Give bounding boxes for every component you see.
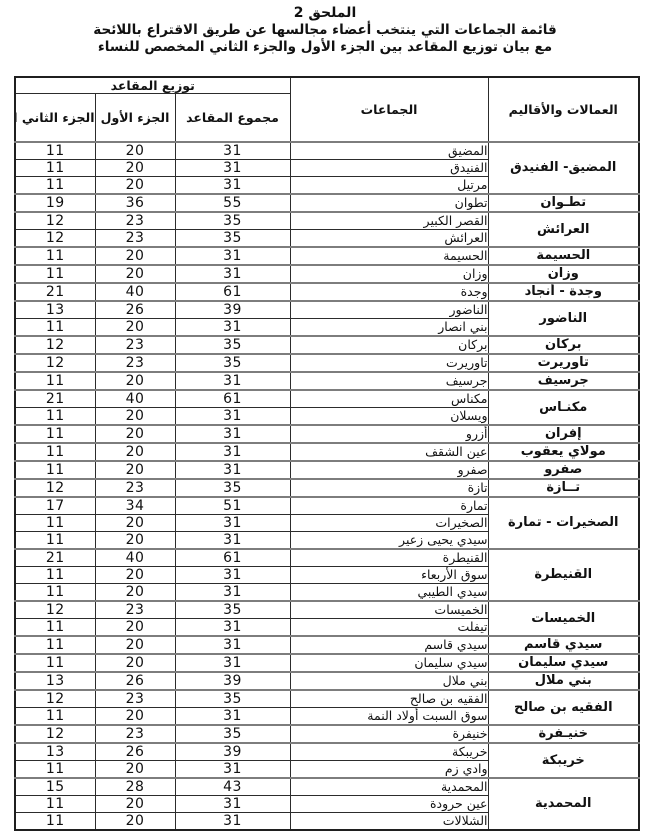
- table-row: تــازةتازة352312: [15, 479, 639, 497]
- commune-cell: تازة: [290, 479, 488, 497]
- part1-seats-cell: 26: [95, 743, 175, 761]
- total-seats-cell: 35: [175, 212, 290, 230]
- table-row: الحسيمةالحسيمة312011: [15, 247, 639, 265]
- commune-cell: الفقيه بن صالح: [290, 690, 488, 708]
- part1-seats-cell: 40: [95, 283, 175, 301]
- total-seats-cell: 31: [175, 443, 290, 461]
- part2-seats-cell: 11: [15, 583, 95, 601]
- province-cell: الفقيه بن صالح: [488, 690, 639, 725]
- total-seats-cell: 31: [175, 795, 290, 812]
- commune-cell: أزرو: [290, 425, 488, 443]
- commune-cell: عين حرودة: [290, 795, 488, 812]
- province-cell: وزان: [488, 265, 639, 283]
- part1-seats-cell: 20: [95, 407, 175, 425]
- total-seats-cell: 55: [175, 194, 290, 212]
- part2-seats-cell: 17: [15, 497, 95, 515]
- table-row: خريبكةخريبكة392613: [15, 743, 639, 761]
- total-seats-cell: 35: [175, 725, 290, 743]
- total-seats-cell: 51: [175, 497, 290, 515]
- table-row: جرسيفجرسيف312011: [15, 372, 639, 390]
- total-seats-cell: 31: [175, 514, 290, 531]
- commune-cell: عين الشقف: [290, 443, 488, 461]
- total-seats-cell: 31: [175, 654, 290, 672]
- total-seats-cell: 39: [175, 672, 290, 690]
- province-cell: خنيـفرة: [488, 725, 639, 743]
- part1-seats-cell: 23: [95, 479, 175, 497]
- table-row: وزانوزان312011: [15, 265, 639, 283]
- part2-seats-cell: 12: [15, 479, 95, 497]
- header-communes: الجماعات: [290, 77, 488, 142]
- part2-seats-cell: 11: [15, 318, 95, 336]
- part1-seats-cell: 20: [95, 142, 175, 160]
- part1-seats-cell: 20: [95, 372, 175, 390]
- part2-seats-cell: 12: [15, 336, 95, 354]
- total-seats-cell: 31: [175, 707, 290, 725]
- province-cell: سيدي قاسم: [488, 636, 639, 654]
- total-seats-cell: 31: [175, 265, 290, 283]
- total-seats-cell: 31: [175, 372, 290, 390]
- total-seats-cell: 61: [175, 549, 290, 567]
- province-cell: وجدة - أنجاد: [488, 283, 639, 301]
- table-row: تاوريرتتاوريرت352312: [15, 354, 639, 372]
- part1-seats-cell: 23: [95, 690, 175, 708]
- commune-cell: وزان: [290, 265, 488, 283]
- table-body: المضيق- الفنيدقالمضيق312011الفنيدق312011…: [15, 142, 639, 830]
- commune-cell: الفنيدق: [290, 159, 488, 176]
- province-cell: بركان: [488, 336, 639, 354]
- part1-seats-cell: 20: [95, 707, 175, 725]
- part1-seats-cell: 23: [95, 354, 175, 372]
- part2-seats-cell: 11: [15, 760, 95, 778]
- table-row: سيدي سليمانسيدي سليمان312011: [15, 654, 639, 672]
- part2-seats-cell: 11: [15, 176, 95, 194]
- annex-number: الملحق 2: [0, 5, 650, 22]
- seats-distribution-table: العمالات والأقاليم الجماعات توزيع المقاع…: [14, 76, 640, 831]
- commune-cell: مرتيل: [290, 176, 488, 194]
- table-header: العمالات والأقاليم الجماعات توزيع المقاع…: [15, 77, 639, 142]
- province-cell: خريبكة: [488, 743, 639, 778]
- total-seats-cell: 31: [175, 176, 290, 194]
- table-row: العرائشالقصر الكبير352312: [15, 212, 639, 230]
- part1-seats-cell: 20: [95, 247, 175, 265]
- part1-seats-cell: 20: [95, 795, 175, 812]
- table-row: الناضورالناضور392613: [15, 301, 639, 319]
- title-line-3: مع بيان توزيع المقاعد بين الجزء الأول وا…: [0, 39, 650, 56]
- total-seats-cell: 31: [175, 142, 290, 160]
- commune-cell: القصر الكبير: [290, 212, 488, 230]
- part2-seats-cell: 11: [15, 443, 95, 461]
- table-row: وجدة - أنجادوجدة614021: [15, 283, 639, 301]
- table-row: مكنـاسمكناس614021: [15, 390, 639, 408]
- province-cell: القنيطرة: [488, 549, 639, 601]
- table-row: الصخيرات - تمارةتمارة513417: [15, 497, 639, 515]
- part2-seats-cell: 11: [15, 618, 95, 636]
- province-cell: سيدي سليمان: [488, 654, 639, 672]
- header-part1: الجزء الأول: [95, 94, 175, 142]
- part1-seats-cell: 36: [95, 194, 175, 212]
- part1-seats-cell: 28: [95, 778, 175, 796]
- total-seats-cell: 31: [175, 636, 290, 654]
- commune-cell: تطوان: [290, 194, 488, 212]
- province-cell: جرسيف: [488, 372, 639, 390]
- total-seats-cell: 35: [175, 336, 290, 354]
- part2-seats-cell: 12: [15, 354, 95, 372]
- total-seats-cell: 31: [175, 247, 290, 265]
- province-cell: المضيق- الفنيدق: [488, 142, 639, 194]
- commune-cell: خنيفرة: [290, 725, 488, 743]
- document-page: الملحق 2 قائمة الجماعات التي ينتخب أعضاء…: [0, 0, 650, 835]
- province-cell: الحسيمة: [488, 247, 639, 265]
- part2-seats-cell: 11: [15, 795, 95, 812]
- province-cell: تــازة: [488, 479, 639, 497]
- province-cell: تطـوان: [488, 194, 639, 212]
- commune-cell: الصخيرات: [290, 514, 488, 531]
- header-provinces: العمالات والأقاليم: [488, 77, 639, 142]
- commune-cell: تيفلت: [290, 618, 488, 636]
- total-seats-cell: 35: [175, 479, 290, 497]
- commune-cell: سوق الأربعاء: [290, 566, 488, 583]
- part1-seats-cell: 20: [95, 176, 175, 194]
- commune-cell: الشلالات: [290, 812, 488, 830]
- total-seats-cell: 39: [175, 301, 290, 319]
- header-total-seats: مجموع المقاعد: [175, 94, 290, 142]
- part2-seats-cell: 13: [15, 743, 95, 761]
- part1-seats-cell: 20: [95, 636, 175, 654]
- part2-seats-cell: 19: [15, 194, 95, 212]
- table-row: تطـوانتطوان553619: [15, 194, 639, 212]
- commune-cell: مكناس: [290, 390, 488, 408]
- commune-cell: صفرو: [290, 461, 488, 479]
- part2-seats-cell: 11: [15, 372, 95, 390]
- commune-cell: وادي زم: [290, 760, 488, 778]
- total-seats-cell: 35: [175, 690, 290, 708]
- province-cell: الخميسات: [488, 601, 639, 636]
- total-seats-cell: 31: [175, 531, 290, 549]
- part2-seats-cell: 11: [15, 636, 95, 654]
- part1-seats-cell: 26: [95, 301, 175, 319]
- total-seats-cell: 61: [175, 283, 290, 301]
- part2-seats-cell: 12: [15, 212, 95, 230]
- total-seats-cell: 39: [175, 743, 290, 761]
- part1-seats-cell: 20: [95, 760, 175, 778]
- part1-seats-cell: 26: [95, 672, 175, 690]
- province-cell: مكنـاس: [488, 390, 639, 425]
- province-cell: تاوريرت: [488, 354, 639, 372]
- province-cell: إفران: [488, 425, 639, 443]
- table-row: الفقيه بن صالحالفقيه بن صالح352312: [15, 690, 639, 708]
- part1-seats-cell: 40: [95, 390, 175, 408]
- part2-seats-cell: 11: [15, 707, 95, 725]
- table-row: القنيطرةالقنيطرة614021: [15, 549, 639, 567]
- part1-seats-cell: 20: [95, 618, 175, 636]
- table-row: بني ملالبني ملال392613: [15, 672, 639, 690]
- total-seats-cell: 31: [175, 812, 290, 830]
- commune-cell: ويسلان: [290, 407, 488, 425]
- part2-seats-cell: 11: [15, 159, 95, 176]
- part1-seats-cell: 20: [95, 514, 175, 531]
- part1-seats-cell: 23: [95, 725, 175, 743]
- part2-seats-cell: 11: [15, 425, 95, 443]
- total-seats-cell: 43: [175, 778, 290, 796]
- part1-seats-cell: 23: [95, 212, 175, 230]
- document-title: الملحق 2 قائمة الجماعات التي ينتخب أعضاء…: [0, 5, 650, 56]
- part2-seats-cell: 11: [15, 265, 95, 283]
- part1-seats-cell: 20: [95, 265, 175, 283]
- commune-cell: العرائش: [290, 229, 488, 247]
- commune-cell: سيدي قاسم: [290, 636, 488, 654]
- part1-seats-cell: 23: [95, 601, 175, 619]
- part2-seats-cell: 21: [15, 283, 95, 301]
- header-part2-women: الجزء الثاني المخصص للنساء: [15, 94, 95, 142]
- table-row: إفرانأزرو312011: [15, 425, 639, 443]
- total-seats-cell: 31: [175, 407, 290, 425]
- part2-seats-cell: 11: [15, 566, 95, 583]
- total-seats-cell: 31: [175, 318, 290, 336]
- province-cell: صفرو: [488, 461, 639, 479]
- part2-seats-cell: 21: [15, 390, 95, 408]
- part2-seats-cell: 12: [15, 229, 95, 247]
- commune-cell: جرسيف: [290, 372, 488, 390]
- part1-seats-cell: 20: [95, 461, 175, 479]
- title-line-2: قائمة الجماعات التي ينتخب أعضاء مجالسها …: [0, 22, 650, 39]
- province-cell: بني ملال: [488, 672, 639, 690]
- commune-cell: الخميسات: [290, 601, 488, 619]
- part1-seats-cell: 40: [95, 549, 175, 567]
- commune-cell: القنيطرة: [290, 549, 488, 567]
- table-row: سيدي قاسمسيدي قاسم312011: [15, 636, 639, 654]
- total-seats-cell: 31: [175, 760, 290, 778]
- part1-seats-cell: 20: [95, 812, 175, 830]
- total-seats-cell: 31: [175, 583, 290, 601]
- commune-cell: خريبكة: [290, 743, 488, 761]
- part2-seats-cell: 11: [15, 812, 95, 830]
- table-row: مولاي يعقوبعين الشقف312011: [15, 443, 639, 461]
- commune-cell: بركان: [290, 336, 488, 354]
- part2-seats-cell: 11: [15, 407, 95, 425]
- commune-cell: تمارة: [290, 497, 488, 515]
- total-seats-cell: 31: [175, 159, 290, 176]
- part1-seats-cell: 20: [95, 425, 175, 443]
- part1-seats-cell: 20: [95, 443, 175, 461]
- commune-cell: تاوريرت: [290, 354, 488, 372]
- table-row: الخميساتالخميسات352312: [15, 601, 639, 619]
- table-row: بركانبركان352312: [15, 336, 639, 354]
- total-seats-cell: 35: [175, 601, 290, 619]
- part2-seats-cell: 11: [15, 247, 95, 265]
- part1-seats-cell: 20: [95, 159, 175, 176]
- province-cell: المحمدية: [488, 778, 639, 830]
- part2-seats-cell: 11: [15, 531, 95, 549]
- commune-cell: بني انصار: [290, 318, 488, 336]
- total-seats-cell: 31: [175, 461, 290, 479]
- table-row: المحمديةالمحمدية432815: [15, 778, 639, 796]
- part2-seats-cell: 12: [15, 725, 95, 743]
- commune-cell: سوق السبت أولاد النمة: [290, 707, 488, 725]
- total-seats-cell: 31: [175, 425, 290, 443]
- province-cell: مولاي يعقوب: [488, 443, 639, 461]
- part1-seats-cell: 20: [95, 583, 175, 601]
- commune-cell: وجدة: [290, 283, 488, 301]
- header-row-1: العمالات والأقاليم الجماعات توزيع المقاع…: [15, 77, 639, 94]
- province-cell: العرائش: [488, 212, 639, 247]
- part2-seats-cell: 13: [15, 672, 95, 690]
- commune-cell: سيدي يحيى زعير: [290, 531, 488, 549]
- total-seats-cell: 31: [175, 618, 290, 636]
- part2-seats-cell: 11: [15, 654, 95, 672]
- part1-seats-cell: 23: [95, 336, 175, 354]
- commune-cell: المحمدية: [290, 778, 488, 796]
- table-row: صفروصفرو312011: [15, 461, 639, 479]
- part2-seats-cell: 13: [15, 301, 95, 319]
- table-row: المضيق- الفنيدقالمضيق312011: [15, 142, 639, 160]
- part1-seats-cell: 23: [95, 229, 175, 247]
- total-seats-cell: 35: [175, 229, 290, 247]
- commune-cell: المضيق: [290, 142, 488, 160]
- part2-seats-cell: 21: [15, 549, 95, 567]
- commune-cell: سيدي الطيبي: [290, 583, 488, 601]
- total-seats-cell: 35: [175, 354, 290, 372]
- header-distribution: توزيع المقاعد: [15, 77, 290, 94]
- part2-seats-cell: 11: [15, 142, 95, 160]
- part1-seats-cell: 20: [95, 318, 175, 336]
- part2-seats-cell: 11: [15, 461, 95, 479]
- commune-cell: الناضور: [290, 301, 488, 319]
- total-seats-cell: 61: [175, 390, 290, 408]
- part2-seats-cell: 15: [15, 778, 95, 796]
- part2-seats-cell: 12: [15, 690, 95, 708]
- part1-seats-cell: 20: [95, 566, 175, 583]
- commune-cell: سيدي سليمان: [290, 654, 488, 672]
- part2-seats-cell: 11: [15, 514, 95, 531]
- total-seats-cell: 31: [175, 566, 290, 583]
- part1-seats-cell: 34: [95, 497, 175, 515]
- part1-seats-cell: 20: [95, 531, 175, 549]
- part1-seats-cell: 20: [95, 654, 175, 672]
- part2-seats-cell: 12: [15, 601, 95, 619]
- commune-cell: بني ملال: [290, 672, 488, 690]
- commune-cell: الحسيمة: [290, 247, 488, 265]
- province-cell: الناضور: [488, 301, 639, 336]
- table-row: خنيـفرةخنيفرة352312: [15, 725, 639, 743]
- province-cell: الصخيرات - تمارة: [488, 497, 639, 549]
